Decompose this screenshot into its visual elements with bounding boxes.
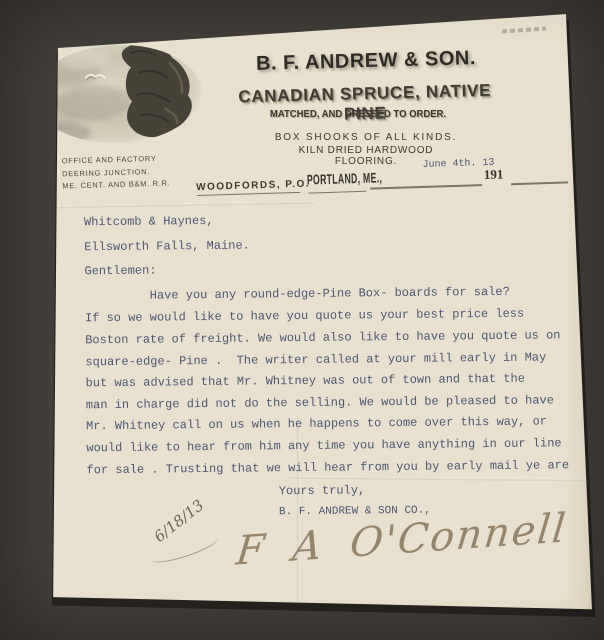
recipient-name: Whitcomb & Haynes, <box>84 214 214 229</box>
letter-body-line: Boston rate of freight. We would also li… <box>85 328 560 347</box>
letter-body-line: but was advised that Mr. Whitney was out… <box>86 372 525 391</box>
letter-body-line: If so we would like to have you quote us… <box>85 307 524 326</box>
salutation: Gentlemen: <box>84 264 156 279</box>
letter-body-line: Have you any round-edge-Pine Box- boards… <box>85 285 510 303</box>
photo-background: OFFICE AND FACTORY DEERING JUNCTION. ME.… <box>0 0 604 640</box>
letter-body-line: for sale . Trusting that we will hear fr… <box>86 458 569 477</box>
letter-body-line: man in charge did not do the selling. We… <box>86 393 554 412</box>
recipient-address: Ellsworth Falls, Maine. <box>84 239 250 255</box>
letter-body-line: square-edge- Pine . The writer called at… <box>85 350 546 369</box>
letter-body-line: would like to hear from him any time you… <box>86 436 561 455</box>
letter-body-line: Mr. Whitney call on us when he happens t… <box>86 414 547 433</box>
letter-paper: OFFICE AND FACTORY DEERING JUNCTION. ME.… <box>0 0 604 640</box>
closing: Yours truly, <box>279 483 366 498</box>
